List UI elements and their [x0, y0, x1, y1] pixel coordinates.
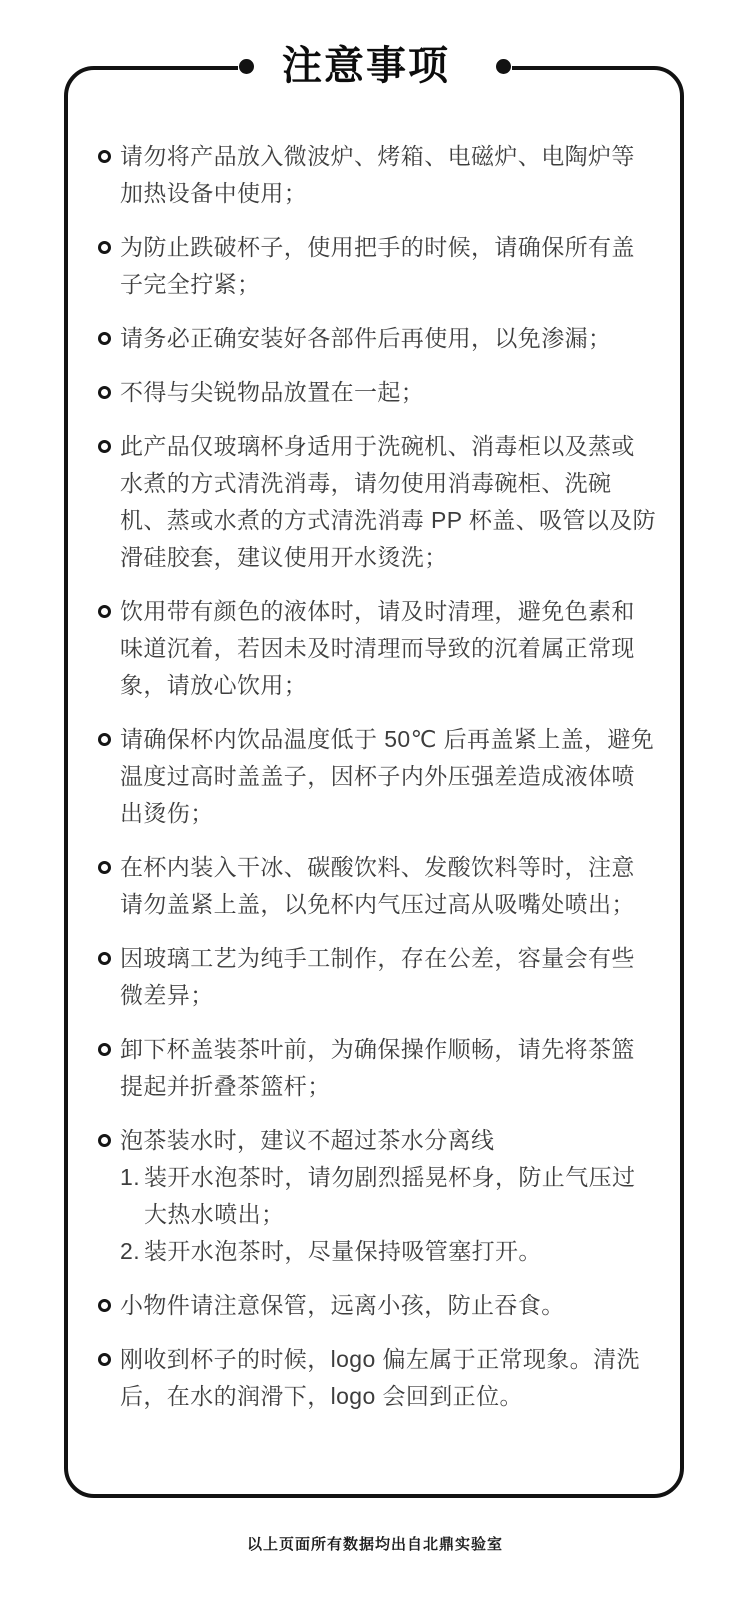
- notice-item-body: 饮用带有颜色的液体时，请及时清理，避免色素和味道沉着，若因未及时清理而导致的沉着…: [120, 593, 658, 704]
- notice-item: 此产品仅玻璃杯身适用于洗碗机、消毒柜以及蒸或水煮的方式清洗消毒，请勿使用消毒碗柜…: [98, 428, 658, 576]
- notice-item-body: 在杯内装入干冰、碳酸饮料、发酸饮料等时，注意请勿盖紧上盖，以免杯内气压过高从吸嘴…: [120, 849, 658, 923]
- notice-item-body: 不得与尖锐物品放置在一起；: [120, 374, 658, 411]
- notice-list: 请勿将产品放入微波炉、烤箱、电磁炉、电陶炉等加热设备中使用； 为防止跌破杯子，使…: [98, 138, 658, 1432]
- notice-item-text: 饮用带有颜色的液体时，请及时清理，避免色素和味道沉着，若因未及时清理而导致的沉着…: [120, 593, 658, 704]
- notice-item-body: 请确保杯内饮品温度低于 50℃ 后再盖紧上盖，避免温度过高时盖盖子，因杯子内外压…: [120, 721, 658, 832]
- circle-bullet-icon: [98, 861, 111, 874]
- title-left-dot-icon: [239, 59, 254, 74]
- notice-item: 泡茶装水时，建议不超过茶水分离线 装开水泡茶时，请勿剧烈摇晃杯身，防止气压过大热…: [98, 1122, 658, 1270]
- notice-item-body: 因玻璃工艺为纯手工制作，存在公差，容量会有些微差异；: [120, 940, 658, 1014]
- notice-item-text: 此产品仅玻璃杯身适用于洗碗机、消毒柜以及蒸或水煮的方式清洗消毒，请勿使用消毒碗柜…: [120, 428, 658, 576]
- notice-item: 在杯内装入干冰、碳酸饮料、发酸饮料等时，注意请勿盖紧上盖，以免杯内气压过高从吸嘴…: [98, 849, 658, 923]
- notice-item-text: 刚收到杯子的时候，logo 偏左属于正常现象。清洗后，在水的润滑下，logo 会…: [120, 1341, 658, 1415]
- notice-item-text: 因玻璃工艺为纯手工制作，存在公差，容量会有些微差异；: [120, 940, 658, 1014]
- notice-item: 刚收到杯子的时候，logo 偏左属于正常现象。清洗后，在水的润滑下，logo 会…: [98, 1341, 658, 1415]
- footer-note: 以上页面所有数据均出自北鼎实验室: [0, 1534, 750, 1556]
- notice-item-body: 泡茶装水时，建议不超过茶水分离线 装开水泡茶时，请勿剧烈摇晃杯身，防止气压过大热…: [120, 1122, 658, 1270]
- notice-item-text: 请勿将产品放入微波炉、烤箱、电磁炉、电陶炉等加热设备中使用；: [120, 138, 658, 212]
- notice-item: 请务必正确安装好各部件后再使用，以免渗漏；: [98, 320, 658, 357]
- circle-bullet-icon: [98, 1353, 111, 1366]
- page-title: 注意事项: [282, 43, 450, 89]
- notice-item: 请勿将产品放入微波炉、烤箱、电磁炉、电陶炉等加热设备中使用；: [98, 138, 658, 212]
- circle-bullet-icon: [98, 150, 111, 163]
- notice-item-text: 请确保杯内饮品温度低于 50℃ 后再盖紧上盖，避免温度过高时盖盖子，因杯子内外压…: [120, 721, 658, 832]
- circle-bullet-icon: [98, 332, 111, 345]
- notice-item: 卸下杯盖装茶叶前，为确保操作顺畅，请先将茶篮提起并折叠茶篮杆；: [98, 1031, 658, 1105]
- notice-item-text: 泡茶装水时，建议不超过茶水分离线: [120, 1122, 658, 1159]
- circle-bullet-icon: [98, 241, 111, 254]
- circle-bullet-icon: [98, 386, 111, 399]
- notice-item: 小物件请注意保管，远离小孩，防止吞食。: [98, 1287, 658, 1324]
- notice-item-body: 刚收到杯子的时候，logo 偏左属于正常现象。清洗后，在水的润滑下，logo 会…: [120, 1341, 658, 1415]
- title-bar: 注意事项: [238, 43, 512, 89]
- notice-item-body: 此产品仅玻璃杯身适用于洗碗机、消毒柜以及蒸或水煮的方式清洗消毒，请勿使用消毒碗柜…: [120, 428, 658, 576]
- notice-item: 请确保杯内饮品温度低于 50℃ 后再盖紧上盖，避免温度过高时盖盖子，因杯子内外压…: [98, 721, 658, 832]
- notice-item: 不得与尖锐物品放置在一起；: [98, 374, 658, 411]
- notice-item-text: 卸下杯盖装茶叶前，为确保操作顺畅，请先将茶篮提起并折叠茶篮杆；: [120, 1031, 658, 1105]
- circle-bullet-icon: [98, 440, 111, 453]
- notice-item-body: 为防止跌破杯子，使用把手的时候，请确保所有盖子完全拧紧；: [120, 229, 658, 303]
- circle-bullet-icon: [98, 1134, 111, 1147]
- numbered-sub-item: 装开水泡茶时，请勿剧烈摇晃杯身，防止气压过大热水喷出；: [144, 1159, 658, 1233]
- numbered-sub-item: 装开水泡茶时，尽量保持吸管塞打开。: [144, 1233, 658, 1270]
- notice-item: 为防止跌破杯子，使用把手的时候，请确保所有盖子完全拧紧；: [98, 229, 658, 303]
- notice-item-text: 请务必正确安装好各部件后再使用，以免渗漏；: [120, 320, 658, 357]
- notice-item-body: 请勿将产品放入微波炉、烤箱、电磁炉、电陶炉等加热设备中使用；: [120, 138, 658, 212]
- notice-item: 因玻璃工艺为纯手工制作，存在公差，容量会有些微差异；: [98, 940, 658, 1014]
- circle-bullet-icon: [98, 733, 111, 746]
- title-right-dot-icon: [496, 59, 511, 74]
- notice-item-text: 小物件请注意保管，远离小孩，防止吞食。: [120, 1287, 658, 1324]
- circle-bullet-icon: [98, 952, 111, 965]
- circle-bullet-icon: [98, 1299, 111, 1312]
- notice-item-body: 小物件请注意保管，远离小孩，防止吞食。: [120, 1287, 658, 1324]
- notice-item-text: 在杯内装入干冰、碳酸饮料、发酸饮料等时，注意请勿盖紧上盖，以免杯内气压过高从吸嘴…: [120, 849, 658, 923]
- notice-item: 饮用带有颜色的液体时，请及时清理，避免色素和味道沉着，若因未及时清理而导致的沉着…: [98, 593, 658, 704]
- notice-item-body: 请务必正确安装好各部件后再使用，以免渗漏；: [120, 320, 658, 357]
- circle-bullet-icon: [98, 605, 111, 618]
- circle-bullet-icon: [98, 1043, 111, 1056]
- numbered-sub-list: 装开水泡茶时，请勿剧烈摇晃杯身，防止气压过大热水喷出；装开水泡茶时，尽量保持吸管…: [120, 1159, 658, 1270]
- notice-item-text: 不得与尖锐物品放置在一起；: [120, 374, 658, 411]
- notice-item-text: 为防止跌破杯子，使用把手的时候，请确保所有盖子完全拧紧；: [120, 229, 658, 303]
- notice-item-body: 卸下杯盖装茶叶前，为确保操作顺畅，请先将茶篮提起并折叠茶篮杆；: [120, 1031, 658, 1105]
